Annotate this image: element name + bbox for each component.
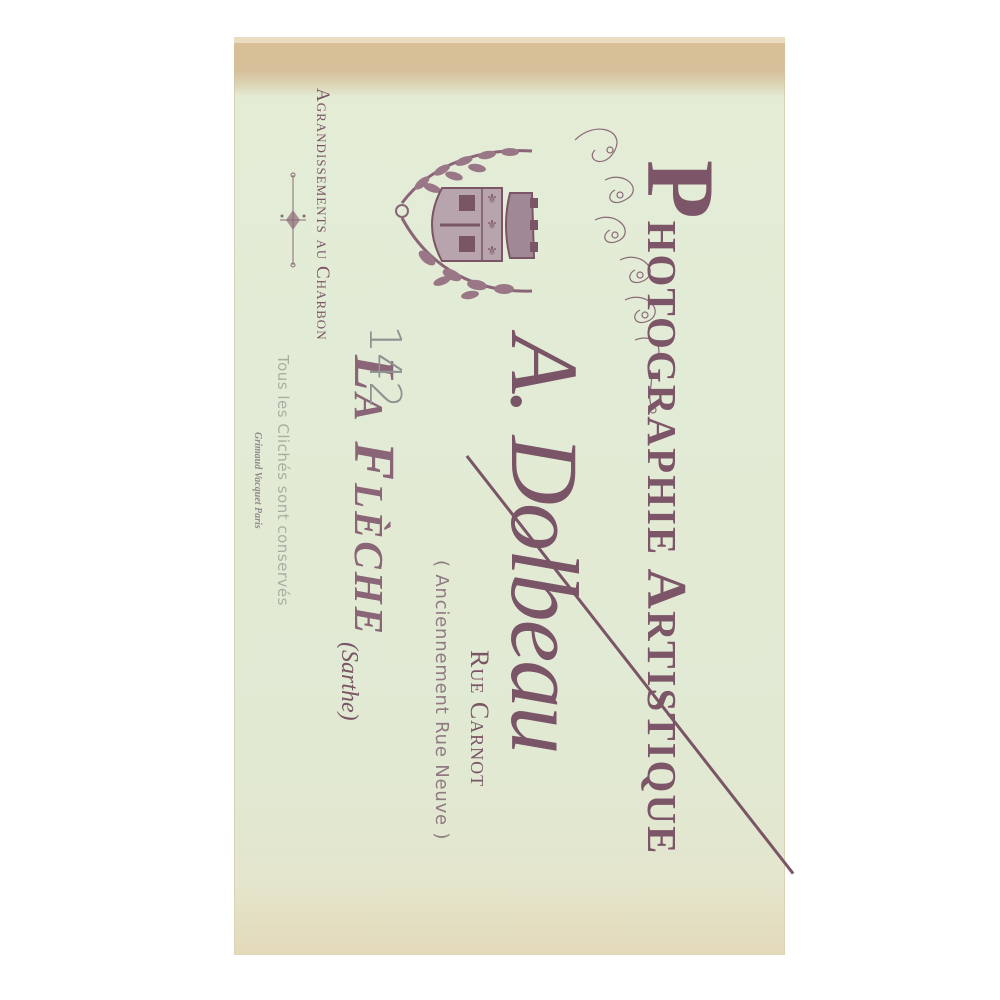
region-name: (Sarthe) bbox=[335, 642, 362, 721]
photographer-signature: A. Dolbeau bbox=[489, 335, 600, 752]
printer-credit: Grimaud Vacquet Paris bbox=[252, 432, 263, 529]
svg-text:⚜: ⚜ bbox=[486, 218, 498, 233]
studio-title: PHOTOGRAPHIE ARTISTIQUE bbox=[625, 160, 736, 855]
street-address: Rue Carnot bbox=[464, 650, 494, 787]
title-word-1: HOTOGRAPHIE bbox=[639, 221, 685, 557]
svg-text:⚜: ⚜ bbox=[486, 192, 498, 207]
former-address: ( Anciennement Rue Neuve ) bbox=[431, 560, 452, 840]
coat-of-arms-icon: ⚜ ⚜ ⚜ bbox=[382, 143, 542, 303]
enlargements-note: Agrandissements au Charbon bbox=[311, 88, 333, 341]
title-initial-2: A bbox=[635, 569, 697, 611]
divider-ornament-icon bbox=[278, 170, 308, 270]
svg-text:⚜: ⚜ bbox=[486, 244, 498, 259]
title-word-2: RTISTIQUE bbox=[639, 611, 685, 855]
title-initial: P bbox=[627, 160, 734, 221]
bottom-edge-tone bbox=[234, 885, 785, 955]
pencil-inventory-number: 142 bbox=[359, 325, 410, 409]
cliches-note: Tous les Clichés sont conservés bbox=[274, 355, 292, 606]
